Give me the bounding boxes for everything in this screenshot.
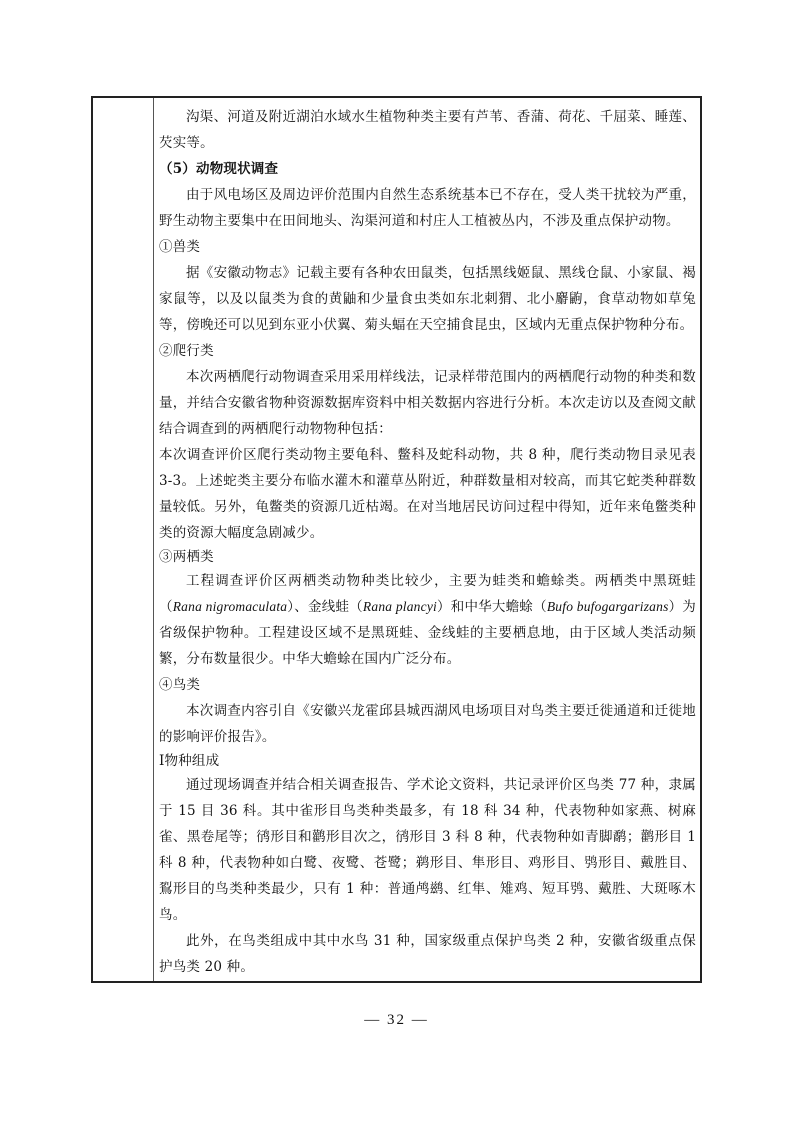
subheading-species-composition: Ⅰ物种组成 bbox=[159, 750, 696, 772]
subheading-mammals: ①兽类 bbox=[159, 234, 696, 260]
subheading-birds: ④鸟类 bbox=[159, 672, 696, 698]
latin-name-rana-plancyi: Rana plancyi bbox=[363, 599, 437, 614]
page-number: — 32 — bbox=[0, 1012, 793, 1029]
paragraph-animal-overview: 由于风电场区及周边评价范围内自然生态系统基本已不存在，受人类干扰较为严重，野生动… bbox=[159, 182, 696, 234]
section-heading-animal-survey: （5）动物现状调查 bbox=[159, 156, 696, 182]
latin-name-rana-nigromaculata: Rana nigromaculata bbox=[173, 599, 288, 614]
paragraph-mammals: 据《安徽动物志》记载主要有各种农田鼠类，包括黑线姬鼠、黑线仓鼠、小家鼠、褐家鼠等… bbox=[159, 260, 696, 338]
subheading-amphibians: ③两栖类 bbox=[159, 546, 696, 568]
subheading-reptiles: ②爬行类 bbox=[159, 338, 696, 364]
document-table: 沟渠、河道及附近湖泊水域水生植物种类主要有芦苇、香蒲、荷花、千屈菜、睡莲、芡实等… bbox=[91, 96, 702, 983]
amphibian-text-3: ）和中华大蟾蜍（ bbox=[437, 599, 547, 615]
paragraph-bird-protection: 此外，在鸟类组成中其中水鸟 31 种，国家级重点保护鸟类 2 种，安徽省级重点保… bbox=[159, 928, 696, 980]
paragraph-amphibians: 工程调查评价区两栖类动物种类比较少，主要为蛙类和蟾蜍类。两栖类中黑斑蛙（Rana… bbox=[159, 568, 696, 672]
paragraph-bird-source: 本次调查内容引自《安徽兴龙霍邱县城西湖风电场项目对鸟类主要迁徙通道和迁徙地的影响… bbox=[159, 698, 696, 750]
latin-name-bufo: Bufo bufogargarizans bbox=[547, 599, 669, 614]
paragraph-bird-composition: 通过现场调查并结合相关调查报告、学术论文资料，共记录评价区鸟类 77 种，隶属于… bbox=[159, 772, 696, 928]
paragraph-reptile-method: 本次两栖爬行动物调查采用采用样线法，记录样带范围内的两栖爬行动物的种类和数量，并… bbox=[159, 364, 696, 442]
amphibian-text-2: ）、金线蛙（ bbox=[287, 599, 363, 615]
paragraph-reptile-results: 本次调查评价区爬行类动物主要龟科、鳖科及蛇科动物，共 8 种，爬行类动物目录见表… bbox=[159, 442, 696, 546]
table-left-column bbox=[93, 98, 154, 981]
table-content-cell: 沟渠、河道及附近湖泊水域水生植物种类主要有芦苇、香蒲、荷花、千屈菜、睡莲、芡实等… bbox=[154, 98, 700, 981]
paragraph-aquatic-plants: 沟渠、河道及附近湖泊水域水生植物种类主要有芦苇、香蒲、荷花、千屈菜、睡莲、芡实等… bbox=[159, 104, 696, 156]
